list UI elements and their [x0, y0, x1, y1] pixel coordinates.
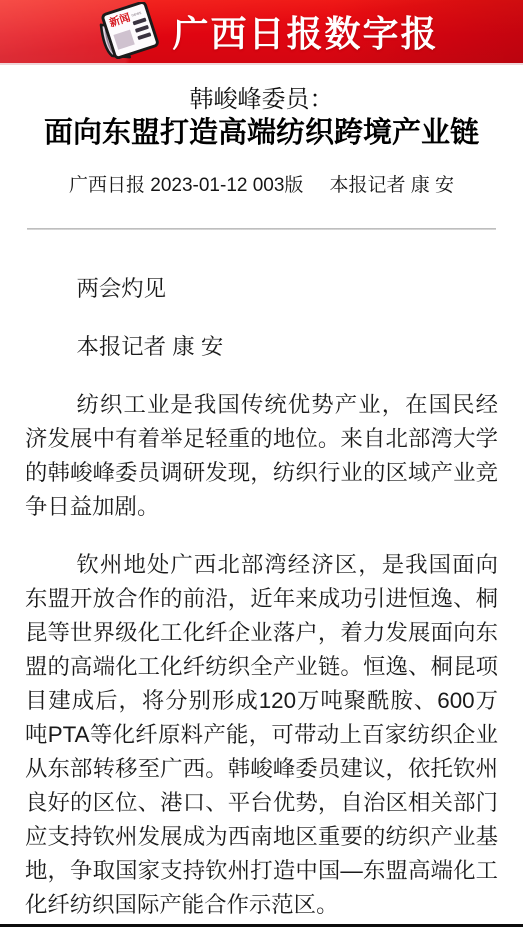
meta-source-date: 广西日报 2023-01-12 003版 [69, 173, 303, 198]
page-bottom-border [0, 924, 523, 927]
article-meta: 广西日报 2023-01-12 003版 本报记者 康 安 [25, 173, 498, 198]
column-label: 两会灼见 [25, 272, 498, 306]
byline: 本报记者 康 安 [25, 330, 498, 364]
newspaper-icon: 新闻 news [88, 2, 164, 62]
article-subtitle: 韩峻峰委员： [25, 85, 498, 115]
app-header-brand[interactable]: 新闻 news 广西日报数字报 [88, 1, 438, 62]
meta-reporter: 本报记者 康 安 [329, 173, 454, 198]
app-title: 广西日报数字报 [172, 6, 438, 57]
paragraph-2: 钦州地处广西北部湾经济区，是我国面向东盟开放合作的前沿，近年来成功引进恒逸、桐昆… [25, 548, 498, 922]
article: 韩峻峰委员： 面向东盟打造高端纺织跨境产业链 广西日报 2023-01-12 0… [0, 65, 523, 922]
paragraph-1: 纺织工业是我国传统优势产业，在国民经济发展中有着举足轻重的地位。来自北部湾大学的… [25, 388, 498, 524]
app-header: 新闻 news 广西日报数字报 [0, 0, 523, 65]
page: 新闻 news 广西日报数字报 韩峻峰委员： 面向东盟打造高端纺织跨境产业链 广… [0, 0, 523, 930]
article-title: 面向东盟打造高端纺织跨境产业链 [25, 115, 498, 151]
divider [27, 228, 496, 230]
